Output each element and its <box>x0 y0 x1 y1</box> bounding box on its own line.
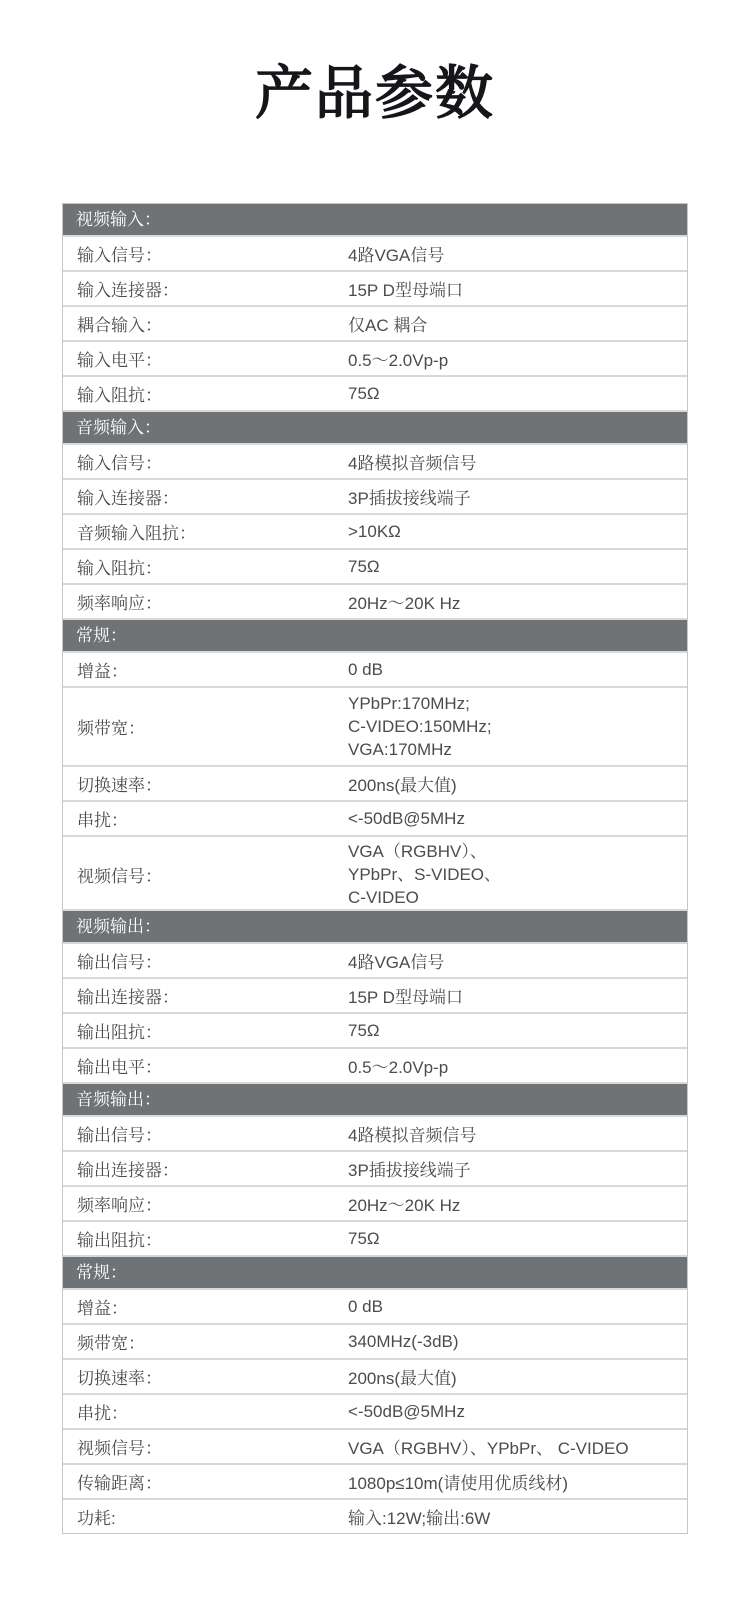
table-row: 输入阻抗：75Ω <box>63 375 687 410</box>
table-row: 音频输入阻抗：>10KΩ <box>63 513 687 548</box>
row-value: 1080p≤10m(请使用优质线材) <box>348 1469 687 1494</box>
product-parameters-page: 产品参数 视频输入：输入信号：4路VGA信号输入连接器：15P D型母端口耦合输… <box>0 0 750 1600</box>
row-label: 输入连接器： <box>63 484 348 509</box>
row-label: 频率响应： <box>63 1191 348 1216</box>
row-value: 仅AC 耦合 <box>348 311 687 336</box>
row-value: 200ns(最大值) <box>348 771 687 796</box>
row-label: 增益： <box>63 1294 348 1319</box>
row-value: 4路模拟音频信号 <box>348 449 687 474</box>
section-header: 视频输出： <box>63 909 687 942</box>
table-row: 输入信号：4路模拟音频信号 <box>63 443 687 478</box>
table-row: 输入连接器：15P D型母端口 <box>63 270 687 305</box>
table-row: 频率响应：20Hz～20K Hz <box>63 1185 687 1220</box>
row-value: <-50dB@5MHz <box>348 809 687 829</box>
row-value: 4路VGA信号 <box>348 241 687 266</box>
spec-table: 视频输入：输入信号：4路VGA信号输入连接器：15P D型母端口耦合输入：仅AC… <box>62 203 688 1534</box>
row-label: 输出电平： <box>63 1053 348 1078</box>
row-value: 0 dB <box>348 1297 687 1317</box>
row-value: 4路模拟音频信号 <box>348 1121 687 1146</box>
row-value: VGA（RGBHV）、YPbPr、 C-VIDEO <box>348 1434 687 1459</box>
table-row: 频带宽：YPbPr:170MHz;C-VIDEO:150MHz;VGA:170M… <box>63 686 687 765</box>
table-row: 功耗:输入:12W;输出:6W <box>63 1498 687 1533</box>
table-row: 输入阻抗：75Ω <box>63 548 687 583</box>
table-row: 输出电平：0.5～2.0Vp-p <box>63 1047 687 1082</box>
row-value: 75Ω <box>348 1021 687 1041</box>
row-label: 视频信号： <box>63 1434 348 1459</box>
table-row: 输出连接器：15P D型母端口 <box>63 977 687 1012</box>
row-label: 功耗: <box>63 1504 348 1529</box>
row-value: 0 dB <box>348 660 687 680</box>
row-value: 340MHz(-3dB) <box>348 1332 687 1352</box>
row-value: 15P D型母端口 <box>348 276 687 301</box>
row-value: 15P D型母端口 <box>348 983 687 1008</box>
row-label: 输入信号： <box>63 241 348 266</box>
row-label: 增益： <box>63 657 348 682</box>
row-value: 4路VGA信号 <box>348 948 687 973</box>
row-value: >10KΩ <box>348 522 687 542</box>
row-value: 75Ω <box>348 384 687 404</box>
table-row: 传输距离：1080p≤10m(请使用优质线材) <box>63 1463 687 1498</box>
row-value-line: YPbPr、S-VIDEO、 <box>348 863 681 886</box>
table-row: 输出信号：4路VGA信号 <box>63 942 687 977</box>
row-label: 输入阻抗： <box>63 381 348 406</box>
row-value: VGA（RGBHV）、YPbPr、S-VIDEO、C-VIDEO <box>348 840 687 909</box>
table-row: 输入电平：0.5～2.0Vp-p <box>63 340 687 375</box>
row-value: 3P插拔接线端子 <box>348 1156 687 1181</box>
row-label: 切换速率： <box>63 1364 348 1389</box>
row-value: 0.5～2.0Vp-p <box>348 346 687 371</box>
table-row: 耦合输入：仅AC 耦合 <box>63 305 687 340</box>
section-header: 音频输出： <box>63 1082 687 1115</box>
row-value-line: VGA:170MHz <box>348 738 681 761</box>
table-row: 串扰：<-50dB@5MHz <box>63 1393 687 1428</box>
section-header: 音频输入： <box>63 410 687 443</box>
section-header: 常规： <box>63 1255 687 1288</box>
row-label: 传输距离： <box>63 1469 348 1494</box>
row-value: 200ns(最大值) <box>348 1364 687 1389</box>
row-label: 输出连接器： <box>63 983 348 1008</box>
row-label: 频带宽： <box>63 714 348 739</box>
row-value: 0.5～2.0Vp-p <box>348 1053 687 1078</box>
row-value: <-50dB@5MHz <box>348 1402 687 1422</box>
row-label: 输入信号： <box>63 449 348 474</box>
row-value: 75Ω <box>348 1229 687 1249</box>
row-value: 3P插拔接线端子 <box>348 484 687 509</box>
table-row: 视频信号：VGA（RGBHV）、YPbPr、S-VIDEO、C-VIDEO <box>63 835 687 909</box>
table-row: 切换速率：200ns(最大值) <box>63 765 687 800</box>
table-row: 增益：0 dB <box>63 1288 687 1323</box>
table-row: 输出连接器：3P插拔接线端子 <box>63 1150 687 1185</box>
row-value-line: C-VIDEO:150MHz; <box>348 715 681 738</box>
table-row: 输入信号：4路VGA信号 <box>63 235 687 270</box>
table-row: 增益：0 dB <box>63 651 687 686</box>
row-label: 输入阻抗： <box>63 554 348 579</box>
row-label: 串扰： <box>63 1399 348 1424</box>
row-label: 音频输入阻抗： <box>63 519 348 544</box>
row-label: 串扰： <box>63 806 348 831</box>
row-label: 输入电平： <box>63 346 348 371</box>
table-row: 串扰：<-50dB@5MHz <box>63 800 687 835</box>
row-label: 输出阻抗： <box>63 1226 348 1251</box>
row-value: 20Hz～20K Hz <box>348 1191 687 1216</box>
table-row: 输出信号：4路模拟音频信号 <box>63 1115 687 1150</box>
row-value-line: C-VIDEO <box>348 886 681 909</box>
row-value: 输入:12W;输出:6W <box>348 1504 687 1529</box>
row-label: 输出信号： <box>63 948 348 973</box>
row-label: 视频信号： <box>63 840 348 887</box>
row-label: 频带宽： <box>63 1329 348 1354</box>
row-label: 输出连接器： <box>63 1156 348 1181</box>
row-label: 输入连接器： <box>63 276 348 301</box>
table-row: 输出阻抗：75Ω <box>63 1012 687 1047</box>
table-row: 输出阻抗：75Ω <box>63 1220 687 1255</box>
row-value-line: VGA（RGBHV）、 <box>348 840 681 863</box>
table-row: 输入连接器：3P插拔接线端子 <box>63 478 687 513</box>
row-value: 75Ω <box>348 557 687 577</box>
row-value-line: YPbPr:170MHz; <box>348 692 681 715</box>
table-row: 切换速率：200ns(最大值) <box>63 1358 687 1393</box>
row-label: 输出信号： <box>63 1121 348 1146</box>
row-value: YPbPr:170MHz;C-VIDEO:150MHz;VGA:170MHz <box>348 692 687 761</box>
section-header: 视频输入： <box>63 204 687 235</box>
row-value: 20Hz～20K Hz <box>348 589 687 614</box>
table-row: 频率响应：20Hz～20K Hz <box>63 583 687 618</box>
row-label: 频率响应： <box>63 589 348 614</box>
table-row: 频带宽：340MHz(-3dB) <box>63 1323 687 1358</box>
row-label: 输出阻抗： <box>63 1018 348 1043</box>
table-row: 视频信号：VGA（RGBHV）、YPbPr、 C-VIDEO <box>63 1428 687 1463</box>
row-label: 切换速率： <box>63 771 348 796</box>
page-title: 产品参数 <box>0 0 750 125</box>
row-label: 耦合输入： <box>63 311 348 336</box>
section-header: 常规： <box>63 618 687 651</box>
